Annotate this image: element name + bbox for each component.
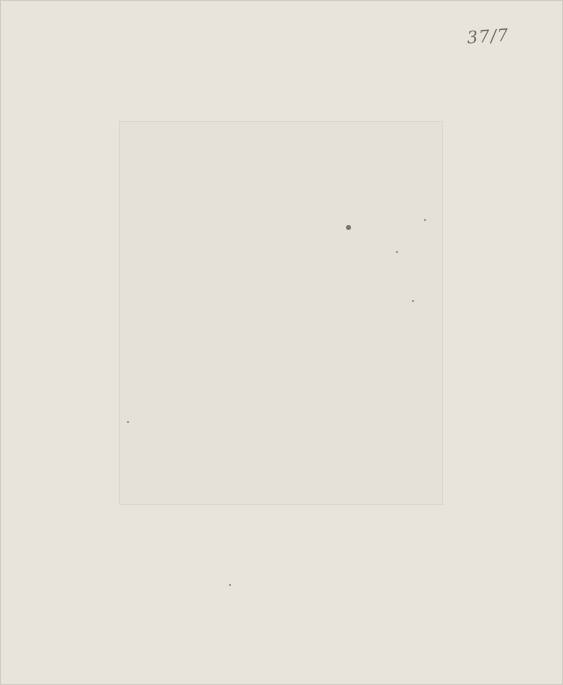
dust-speck [396,251,398,253]
dust-speck [346,225,351,230]
dust-speck [424,219,426,221]
plate-mark [119,121,443,505]
dust-speck [229,584,231,586]
dust-speck [412,300,414,302]
paper-sheet: 37/7 [0,0,563,685]
dust-speck [127,421,129,423]
handwritten-catalog-number: 37/7 [466,26,509,49]
